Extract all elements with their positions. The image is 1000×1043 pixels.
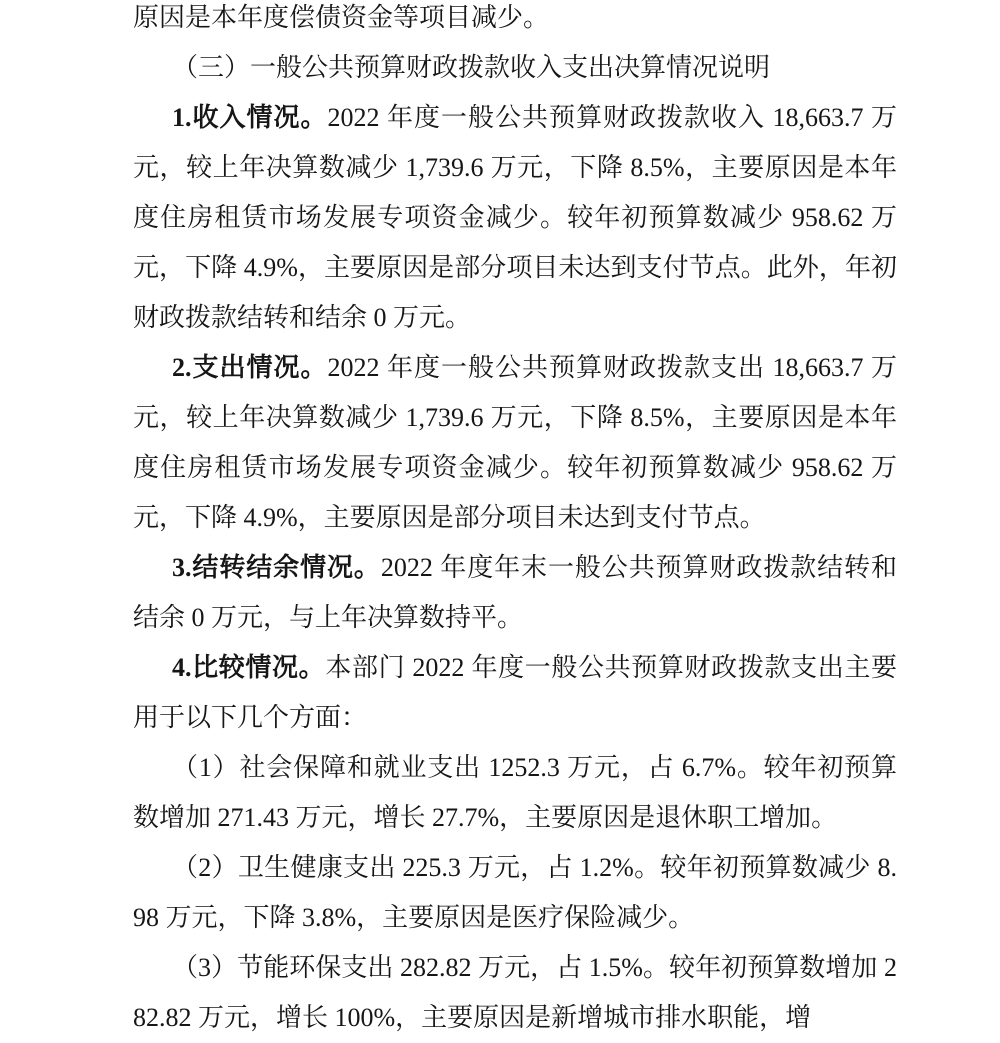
paragraph-text: 原因是本年度偿债资金等项目减少。 [133, 3, 549, 32]
paragraph-text: （2）卫生健康支出 225.3 万元，占 1.2%。较年初预算数减少 8.98 … [133, 853, 897, 932]
paragraph-lead: 4.比较情况。 [172, 653, 325, 682]
paragraph-lead: 2.支出情况。 [172, 353, 328, 382]
paragraph-text: 2022 年度一般公共预算财政拨款收入 18,663.7 万元，较上年决算数减少… [133, 103, 897, 332]
paragraph-carryover: 3.结转结余情况。2022 年度年末一般公共预算财政拨款结转和结余 0 万元，与… [133, 543, 897, 643]
paragraph-lead: 3.结转结余情况。 [172, 553, 381, 582]
paragraph-text: （3）节能环保支出 282.82 万元，占 1.5%。较年初预算数增加 282.… [133, 953, 897, 1032]
paragraph-item-3: （3）节能环保支出 282.82 万元，占 1.5%。较年初预算数增加 282.… [133, 943, 897, 1043]
section-heading: （三）一般公共预算财政拨款收入支出决算情况说明 [133, 43, 897, 93]
section-heading-text: （三）一般公共预算财政拨款收入支出决算情况说明 [172, 53, 770, 82]
paragraph-continuation: 原因是本年度偿债资金等项目减少。 [133, 0, 897, 43]
paragraph-comparison: 4.比较情况。本部门 2022 年度一般公共预算财政拨款支出主要用于以下几个方面… [133, 643, 897, 743]
paragraph-lead: 1.收入情况。 [172, 103, 328, 132]
document-page: 原因是本年度偿债资金等项目减少。 （三）一般公共预算财政拨款收入支出决算情况说明… [0, 0, 1000, 1043]
document-content: 原因是本年度偿债资金等项目减少。 （三）一般公共预算财政拨款收入支出决算情况说明… [133, 0, 897, 1043]
paragraph-item-2: （2）卫生健康支出 225.3 万元，占 1.2%。较年初预算数减少 8.98 … [133, 843, 897, 943]
paragraph-item-1: （1）社会保障和就业支出 1252.3 万元，占 6.7%。较年初预算数增加 2… [133, 743, 897, 843]
paragraph-income: 1.收入情况。2022 年度一般公共预算财政拨款收入 18,663.7 万元，较… [133, 93, 897, 343]
paragraph-expenditure: 2.支出情况。2022 年度一般公共预算财政拨款支出 18,663.7 万元，较… [133, 343, 897, 543]
paragraph-text: （1）社会保障和就业支出 1252.3 万元，占 6.7%。较年初预算数增加 2… [133, 753, 897, 832]
